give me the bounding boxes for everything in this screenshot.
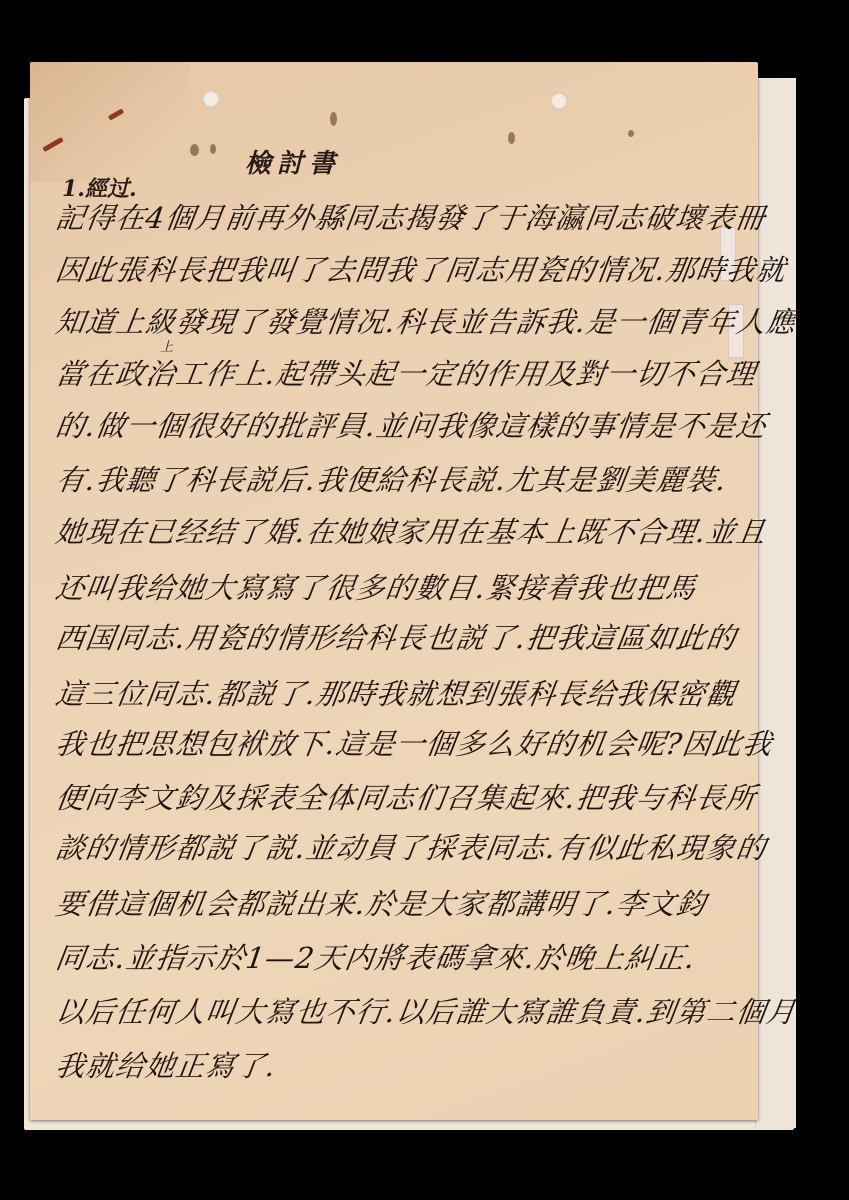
text-line: 我就给她正寫了. (53, 1044, 279, 1085)
punch-hole-icon (202, 90, 220, 108)
text-line: 同志.並指示於1—2天内將表碼拿來.於晚上糾正. (53, 936, 698, 977)
text-line: 這三位同志.都説了.那時我就想到張科長给我保密觀 (53, 672, 739, 713)
stain-mark (330, 112, 337, 126)
text-line: 我也把思想包袱放下.這是一個多么好的机会呢?因此我 (53, 722, 776, 763)
punch-hole-icon (550, 92, 568, 110)
text-line: 的.做一個很好的批評員.並问我像這樣的事情是不是还 (53, 404, 769, 445)
text-line: 要借這個机会都説出来.於是大家都講明了.李文鈞 (53, 882, 709, 923)
text-line: 記得在4個月前再外縣同志揭發了于海瀛同志破壞表冊 (53, 196, 768, 237)
text-line: 知道上級發現了發覺情况.科長並告訴我.是一個青年人應 (53, 300, 799, 341)
text-line: 有.我聽了科長説后.我便給科長説.尤其是劉美麗裝. (53, 458, 730, 499)
text-line: 因此張科長把我叫了去問我了同志用瓷的情况.那時我就 (53, 248, 789, 289)
text-line: 便向李文鈞及採表全体同志们召集起來.把我与科長所 (53, 776, 759, 817)
text-line: 她現在已经结了婚.在她娘家用在基本上既不合理.並且 (53, 510, 769, 551)
text-line: 以后任何人叫大寫也不行.以后誰大寫誰負責.到第二個月 (53, 990, 799, 1031)
stain-mark (210, 144, 216, 154)
stain-mark (628, 130, 634, 137)
stain-mark (190, 144, 199, 156)
stain-mark (508, 132, 515, 144)
text-line: 當在政治工作上.起帶头起一定的作用及對一切不合理 (53, 352, 759, 393)
text-line: 西国同志.用瓷的情形给科長也説了.把我這區如此的 (53, 616, 739, 657)
text-line: 談的情形都説了説.並动員了採表同志.有似此私現象的 (53, 826, 769, 867)
text-line: 还叫我给她大寫寫了很多的數目.緊接着我也把馬 (53, 566, 699, 607)
page-shading (30, 62, 190, 182)
document-title: 檢討書 (245, 143, 341, 180)
insertion-mark: 上 (160, 336, 173, 355)
